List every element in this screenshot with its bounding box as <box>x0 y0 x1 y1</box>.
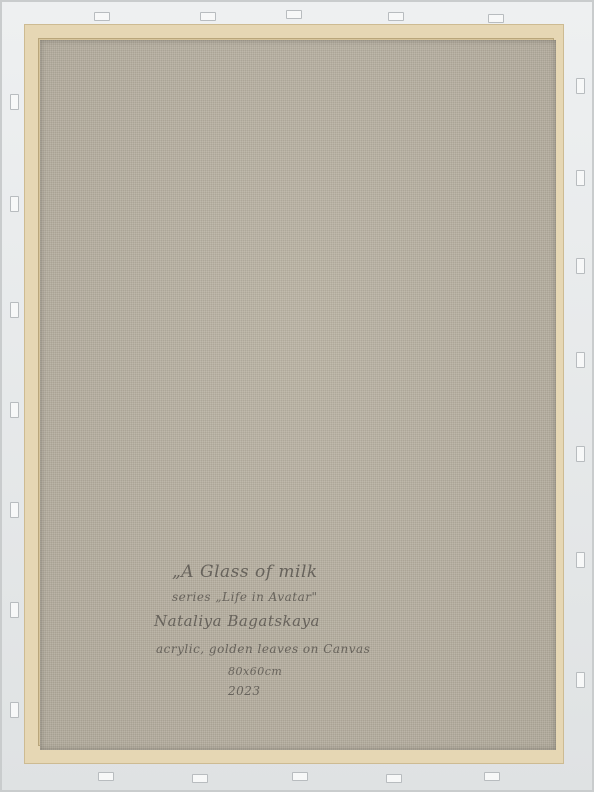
artist-name: Nataliya Bagatskaya <box>154 612 320 630</box>
staple-icon <box>10 402 19 418</box>
staple-icon <box>10 302 19 318</box>
staple-icon <box>576 352 585 368</box>
staple-icon <box>94 12 110 21</box>
staple-icon <box>286 10 302 19</box>
staple-icon <box>200 12 216 21</box>
staple-icon <box>10 502 19 518</box>
staple-icon <box>10 602 19 618</box>
series-label: series „Life in Avatar" <box>172 590 318 604</box>
staple-icon <box>10 94 19 110</box>
dimensions-text: 80x60cm <box>228 665 282 678</box>
staple-icon <box>576 258 585 274</box>
staple-icon <box>98 772 114 781</box>
staple-icon <box>576 672 585 688</box>
staple-icon <box>10 196 19 212</box>
artwork-title: „A Glass of milk <box>172 562 318 582</box>
staple-icon <box>292 772 308 781</box>
staple-icon <box>576 78 585 94</box>
staple-icon <box>388 12 404 21</box>
staple-icon <box>192 774 208 783</box>
staple-icon <box>576 446 585 462</box>
staple-icon <box>386 774 402 783</box>
staple-icon <box>576 552 585 568</box>
year-text: 2023 <box>228 684 261 698</box>
staple-icon <box>576 170 585 186</box>
staple-icon <box>10 702 19 718</box>
staple-icon <box>484 772 500 781</box>
staple-icon <box>488 14 504 23</box>
canvas-back-photo: „A Glass of milk series „Life in Avatar"… <box>0 0 594 792</box>
medium-text: acrylic, golden leaves on Canvas <box>156 642 370 656</box>
